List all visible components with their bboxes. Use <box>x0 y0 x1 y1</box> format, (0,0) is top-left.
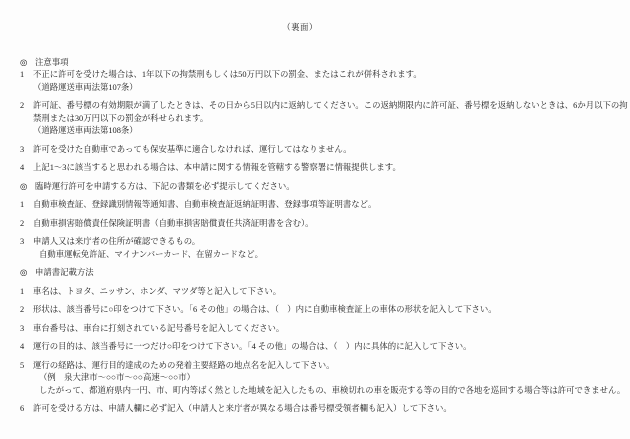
section-heading-text: 臨時運行許可を申請する方は、下記の書類を必ず提示してください。 <box>35 181 295 194</box>
item-number: 3 <box>20 144 33 157</box>
list-item: 4 運行の目的は、該当番号に一つだけ○印をつけて下さい。「4 その他」の場合は、… <box>20 341 624 354</box>
item-text-line: 不正に許可を受けた場合は、1年以下の拘禁刑もしくは50万円以下の罰金、またはこれ… <box>33 69 624 82</box>
list-item: 1 不正に許可を受けた場合は、1年以下の拘禁刑もしくは50万円以下の罰金、または… <box>20 69 624 94</box>
list-item: 3 申請人又は来庁者の住所が確認できるもの。 自動車運転免許証、マイナンバーカー… <box>20 236 624 261</box>
double-circle-marker: ◎ <box>20 267 35 280</box>
item-text-line: 車台番号は、車台に打刻されている記号番号を記入してください。 <box>33 323 624 336</box>
document-back-page: （裏面） ◎ 注意事項 1 不正に許可を受けた場合は、1年以下の拘禁刑もしくは5… <box>0 0 630 439</box>
item-number: 4 <box>20 162 33 175</box>
item-number: 5 <box>20 360 33 398</box>
item-number: 1 <box>20 199 33 212</box>
item-text-line-example: （例 泉大津市～○○市～○○高速～○○市） <box>39 372 624 385</box>
item-text-line: したがって、都道府県内一円、市、町内等ばく然とした地域を記入したもの、車検切れの… <box>39 385 624 398</box>
item-number: 3 <box>20 236 33 261</box>
item-text-line: 禁刑または30万円以下の罰金が科せられます。 <box>33 113 624 126</box>
item-text-line: 車名は、トヨタ、ニッサン、ホンダ、マツダ等と記入して下さい。 <box>33 286 624 299</box>
double-circle-marker: ◎ <box>20 57 35 70</box>
item-number: 1 <box>20 69 33 94</box>
item-number: 2 <box>20 304 33 317</box>
list-item: 2 許可証、番号標の有効期限が満了したときは、その日から5日以内に返納してくださ… <box>20 100 624 138</box>
list-item: 1 車名は、トヨタ、ニッサン、ホンダ、マツダ等と記入して下さい。 <box>20 286 624 299</box>
item-text-line: 許可を受ける方は、申請人欄に必ず記入（申請人と来庁者が異なる場合は番号標受領者欄… <box>33 403 624 416</box>
item-text-line: 運行の経路は、運行目的達成のための発着主要経路の地点名を記入して下さい。 <box>33 360 624 373</box>
item-number: 6 <box>20 403 33 416</box>
section-heading-cautions: ◎ 注意事項 <box>20 57 624 70</box>
item-text-line: 許可証、番号標の有効期限が満了したときは、その日から5日以内に返納してください。… <box>33 100 624 113</box>
item-text-line: 形状は、該当番号に○印をつけて下さい。「6 その他」の場合は、（ ）内に自動車検… <box>33 304 624 317</box>
section-heading-required-documents: ◎ 臨時運行許可を申請する方は、下記の書類を必ず提示してください。 <box>20 181 624 194</box>
list-item: 3 車台番号は、車台に打刻されている記号番号を記入してください。 <box>20 323 624 336</box>
item-text-line: 許可を受けた自動車であっても保安基準に適合しなければ、運行してはなりません。 <box>33 144 624 157</box>
document-body: ◎ 注意事項 1 不正に許可を受けた場合は、1年以下の拘禁刑もしくは50万円以下… <box>0 57 630 416</box>
item-number: 4 <box>20 341 33 354</box>
item-text-line: 自動車検査証、登録識別情報等通知書、自動車検査証返納証明書、登録事項等証明書など… <box>33 199 624 212</box>
list-item: 1 自動車検査証、登録識別情報等通知書、自動車検査証返納証明書、登録事項等証明書… <box>20 199 624 212</box>
item-number: 3 <box>20 323 33 336</box>
section-heading-text: 注意事項 <box>35 57 69 70</box>
item-number: 2 <box>20 218 33 231</box>
item-text-line: 上記1～3に該当すると思われる場合は、本申請に関する情報を管轄する警察署に情報提… <box>33 162 624 175</box>
list-item: 4 上記1～3に該当すると思われる場合は、本申請に関する情報を管轄する警察署に情… <box>20 162 624 175</box>
list-item: 2 形状は、該当番号に○印をつけて下さい。「6 その他」の場合は、（ ）内に自動… <box>20 304 624 317</box>
page-title: （裏面） <box>0 0 600 35</box>
section-heading-text: 申請書記載方法 <box>35 267 94 280</box>
list-item: 2 自動車損害賠償責任保険証明書（自動車損害賠償責任共済証明書を含む）。 <box>20 218 624 231</box>
item-text-line: 自動車運転免許証、マイナンバーカード、在留カードなど。 <box>39 249 624 262</box>
section-heading-how-to-fill: ◎ 申請書記載方法 <box>20 267 624 280</box>
item-number: 1 <box>20 286 33 299</box>
item-text-line: 自動車損害賠償責任保険証明書（自動車損害賠償責任共済証明書を含む）。 <box>33 218 624 231</box>
double-circle-marker: ◎ <box>20 181 35 194</box>
list-item: 3 許可を受けた自動車であっても保安基準に適合しなければ、運行してはなりません。 <box>20 144 624 157</box>
item-text-line: 運行の目的は、該当番号に一つだけ○印をつけて下さい。「4 その他」の場合は、（ … <box>33 341 624 354</box>
item-text-line: 申請人又は来庁者の住所が確認できるもの。 <box>33 236 624 249</box>
list-item: 6 許可を受ける方は、申請人欄に必ず記入（申請人と来庁者が異なる場合は番号標受領… <box>20 403 624 416</box>
list-item: 5 運行の経路は、運行目的達成のための発着主要経路の地点名を記入して下さい。 （… <box>20 360 624 398</box>
item-number: 2 <box>20 100 33 138</box>
item-text-line: （道路運送車両法第107条） <box>33 82 624 95</box>
item-text-line: （道路運送車両法第108条） <box>33 125 624 138</box>
